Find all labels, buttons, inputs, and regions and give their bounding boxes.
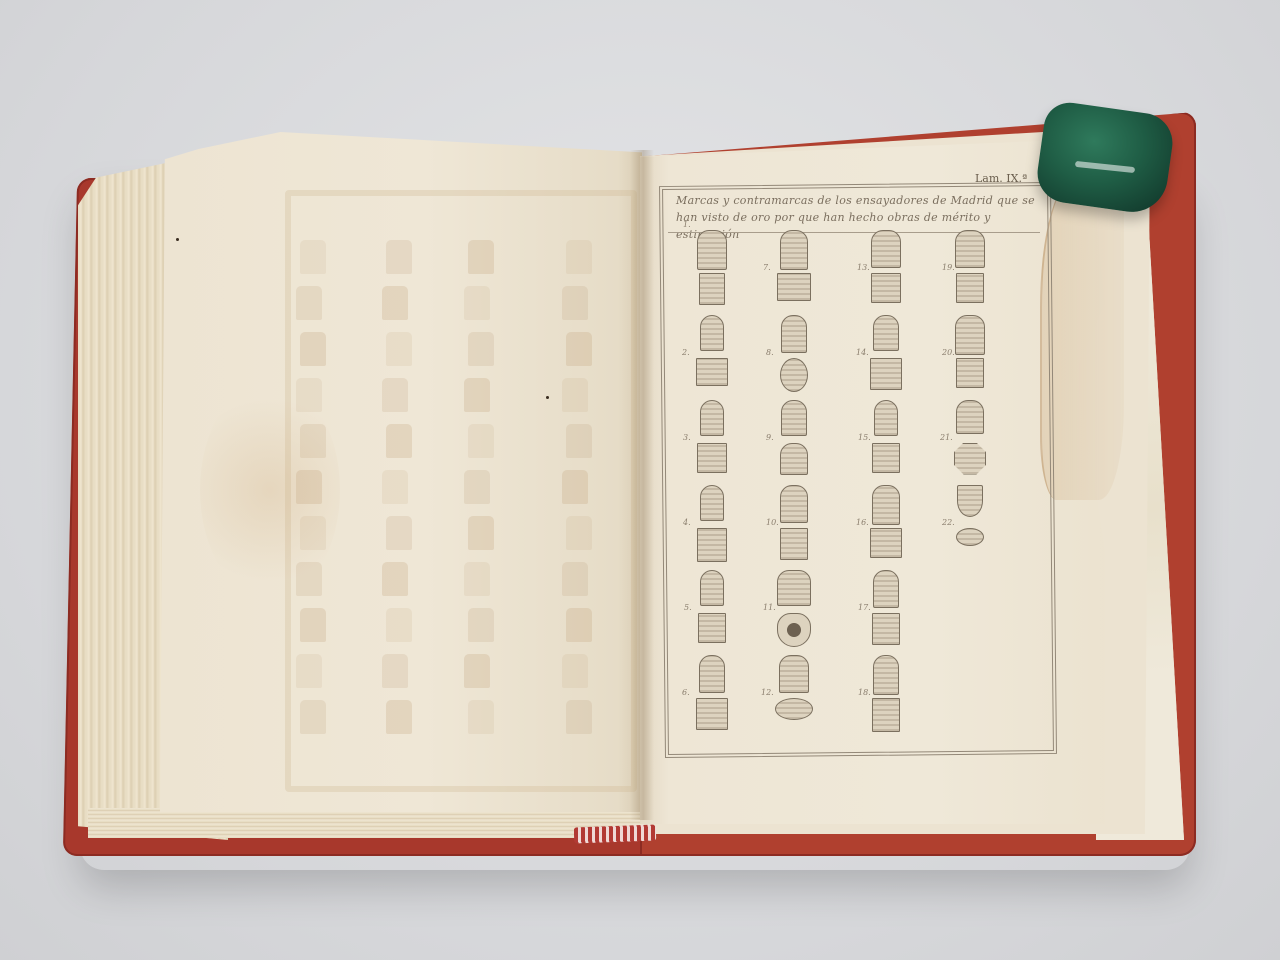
hallmark: 2. xyxy=(696,358,728,386)
show-through-mark xyxy=(566,424,592,458)
hallmark-crown-icon xyxy=(871,230,901,268)
hallmark xyxy=(955,315,985,355)
hallmark: 22. xyxy=(956,528,984,546)
hallmark: 10. xyxy=(780,528,808,560)
hallmark xyxy=(699,273,725,305)
hallmark xyxy=(873,570,899,608)
hallmark xyxy=(777,570,811,606)
hallmark xyxy=(700,570,724,606)
show-through-mark xyxy=(382,562,408,596)
hallmark-number: 5. xyxy=(684,603,692,612)
hallmark-number: 16. xyxy=(856,518,869,527)
hallmark: 13. xyxy=(871,273,901,303)
show-through-mark xyxy=(296,286,322,320)
hallmark-crown-icon xyxy=(700,315,724,351)
hallmark-crown-icon xyxy=(699,655,725,693)
show-through-mark xyxy=(566,608,592,642)
hallmark-oval-icon xyxy=(780,358,808,392)
hallmark-sq-icon xyxy=(870,358,902,390)
hallmark-number: 10. xyxy=(766,518,779,527)
hallmark xyxy=(780,230,808,270)
hallmark: 6. xyxy=(696,698,728,730)
hallmark-crown-icon xyxy=(872,485,900,525)
hallmark-number: 12. xyxy=(761,688,774,697)
show-through-mark xyxy=(382,286,408,320)
hallmark-eagle-icon xyxy=(777,613,811,647)
hallmark-sq-icon xyxy=(697,443,727,473)
hallmark xyxy=(955,230,985,268)
hallmark-crown-icon xyxy=(700,400,724,436)
hallmark-oct-icon xyxy=(954,443,986,475)
show-through-mark xyxy=(464,378,490,412)
hallmark-crown-icon xyxy=(781,315,807,353)
hallmark-crown-icon xyxy=(781,400,807,436)
hallmark-crown-icon xyxy=(955,315,985,355)
foxing-spot xyxy=(546,396,549,399)
hallmark: 18. xyxy=(872,698,900,732)
hallmark-crown-icon xyxy=(700,485,724,521)
hallmark: 20. xyxy=(956,358,984,388)
hallmark-number: 2. xyxy=(682,348,690,357)
show-through-mark xyxy=(562,654,588,688)
show-through-mark xyxy=(386,240,412,274)
hallmark: 7. xyxy=(777,273,811,301)
hallmark: 8. xyxy=(780,358,808,392)
hallmark: 4. xyxy=(697,528,727,562)
hallmark: 14. xyxy=(870,358,902,390)
show-through-mark xyxy=(386,424,412,458)
hallmark xyxy=(957,485,983,517)
hallmark: 12. xyxy=(775,698,813,720)
show-through-mark xyxy=(464,470,490,504)
show-through-mark xyxy=(468,240,494,274)
hallmark: 11. xyxy=(777,613,811,647)
hallmark-number: 21. xyxy=(940,433,953,442)
hallmark-sq-icon xyxy=(697,528,727,562)
show-through-mark xyxy=(468,516,494,550)
hallmark-sq-icon xyxy=(870,528,902,558)
hallmark-sq-icon xyxy=(696,698,728,730)
hallmark-crown-icon xyxy=(700,570,724,606)
hallmark-number: 17. xyxy=(858,603,871,612)
hallmark-sq-icon xyxy=(777,273,811,301)
hallmark-crown-icon xyxy=(697,230,727,270)
hallmark: 16. xyxy=(870,528,902,558)
striped-headband xyxy=(574,825,657,844)
hallmark xyxy=(700,315,724,351)
show-through-mark xyxy=(386,608,412,642)
hallmark xyxy=(872,485,900,525)
hallmark-number: 20. xyxy=(942,348,955,357)
show-through-mark xyxy=(464,562,490,596)
hallmark xyxy=(780,485,808,523)
hallmark-number: 8. xyxy=(766,348,774,357)
hallmark: 17. xyxy=(872,613,900,645)
hallmark: 19. xyxy=(956,273,984,303)
hallmark-crown-icon xyxy=(955,230,985,268)
hallmark-sq-icon xyxy=(780,528,808,560)
hallmark xyxy=(873,315,899,351)
show-through-mark xyxy=(382,378,408,412)
show-through-mark xyxy=(566,700,592,734)
hallmark-number: 7. xyxy=(763,263,771,272)
hallmark xyxy=(871,230,901,268)
show-through-mark xyxy=(300,608,326,642)
hallmark xyxy=(956,400,984,434)
show-through-mark xyxy=(386,700,412,734)
hallmark-sq-icon xyxy=(871,273,901,303)
show-through-mark xyxy=(386,516,412,550)
foxing-spot xyxy=(176,238,179,241)
show-through-mark xyxy=(566,516,592,550)
hallmark-number: 3. xyxy=(683,433,691,442)
show-through-mark xyxy=(382,654,408,688)
hallmark xyxy=(779,655,809,693)
hallmark xyxy=(781,315,807,353)
hallmark-sq-icon xyxy=(698,613,726,643)
hallmark-number: 15. xyxy=(858,433,871,442)
hallmark-crown-icon xyxy=(956,400,984,434)
hallmark-sq-icon xyxy=(699,273,725,305)
hallmark-crown-icon xyxy=(780,485,808,523)
show-through-mark xyxy=(468,608,494,642)
hallmark-sq-icon xyxy=(696,358,728,386)
hallmark-crown-icon xyxy=(873,655,899,695)
hallmark-number: 1. xyxy=(683,220,691,229)
show-through-mark xyxy=(382,470,408,504)
hallmark-number: 4. xyxy=(683,518,691,527)
show-through-mark xyxy=(300,700,326,734)
show-through-mark xyxy=(386,332,412,366)
hallmark-crown-icon xyxy=(873,315,899,351)
left-page-stain xyxy=(200,380,340,600)
show-through-mark xyxy=(468,332,494,366)
hallmark-crown-icon xyxy=(777,570,811,606)
show-through-mark xyxy=(566,332,592,366)
show-through-mark xyxy=(464,654,490,688)
hallmark: 1. xyxy=(697,230,727,270)
show-through-mark xyxy=(296,654,322,688)
hallmark-oval-icon xyxy=(775,698,813,720)
hallmark-number: 11. xyxy=(763,603,776,612)
show-through-mark xyxy=(562,470,588,504)
hallmark-sq-icon xyxy=(872,613,900,645)
hallmark-crown-icon xyxy=(780,230,808,270)
hallmark xyxy=(699,655,725,693)
page-block-bottom-edge xyxy=(88,808,648,838)
show-through-mark xyxy=(562,378,588,412)
hallmark xyxy=(781,400,807,436)
show-through-mark xyxy=(468,424,494,458)
hallmark-crown-icon xyxy=(779,655,809,693)
hallmark: 15. xyxy=(872,443,900,473)
hallmark-sq-icon xyxy=(872,698,900,732)
show-through-mark xyxy=(566,240,592,274)
hallmark-sq-icon xyxy=(956,358,984,388)
show-through-mark xyxy=(300,332,326,366)
hallmark: 9. xyxy=(780,443,808,475)
hallmark-crown-icon xyxy=(874,400,898,436)
hallmark-number: 14. xyxy=(856,348,869,357)
hallmark: 5. xyxy=(698,613,726,643)
hallmarks-grid: 1.2.3.4.5.6.7.8.9.10.11.12.13.14.15.16.1… xyxy=(684,222,1024,742)
hallmark-number: 19. xyxy=(942,263,955,272)
hallmark-number: 18. xyxy=(858,688,871,697)
hallmark-shield-icon xyxy=(957,485,983,517)
hallmark xyxy=(700,485,724,521)
hallmark xyxy=(873,655,899,695)
hallmark: 21. xyxy=(954,443,986,475)
hallmark: 3. xyxy=(697,443,727,473)
hallmark-number: 13. xyxy=(857,263,870,272)
hallmark xyxy=(700,400,724,436)
green-stone-paperweight xyxy=(1034,99,1177,216)
hallmark xyxy=(874,400,898,436)
hallmark-oval-icon xyxy=(956,528,984,546)
show-through-mark xyxy=(300,240,326,274)
hallmark-number: 9. xyxy=(766,433,774,442)
hallmark-number: 22. xyxy=(942,518,955,527)
hallmark-sq-icon xyxy=(956,273,984,303)
hallmark-sq-icon xyxy=(872,443,900,473)
show-through-mark xyxy=(562,286,588,320)
hallmark-crown-icon xyxy=(780,443,808,475)
show-through-mark xyxy=(464,286,490,320)
show-through-mark xyxy=(468,700,494,734)
show-through-mark xyxy=(562,562,588,596)
hallmark-crown-icon xyxy=(873,570,899,608)
hallmark-number: 6. xyxy=(682,688,690,697)
book-gutter xyxy=(630,150,654,820)
